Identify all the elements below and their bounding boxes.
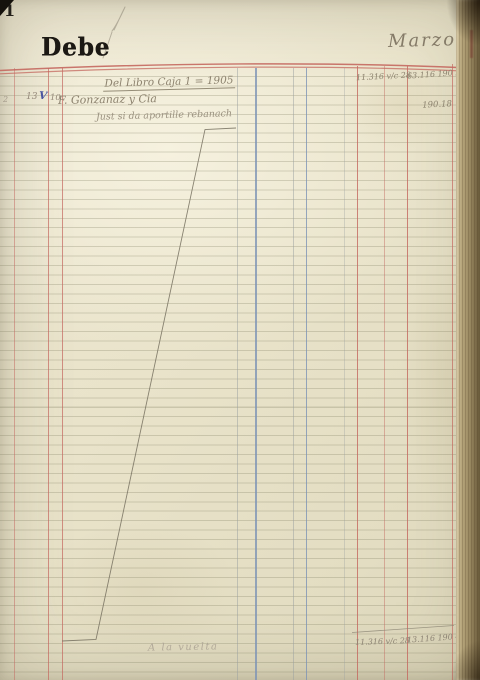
column-line-red-right xyxy=(452,64,453,680)
column-line-red-date2 xyxy=(62,68,63,680)
total-debit: 11.316 v/c 28 xyxy=(355,636,406,647)
book-edge-corner-top xyxy=(446,0,480,46)
column-line-blue-1 xyxy=(255,68,257,680)
ledger-page: 1 Debe Marzo. Del Libro Caja 1 = 1905 2 … xyxy=(0,0,480,680)
column-line-red-margin xyxy=(14,68,15,680)
column-line-red-amount1 xyxy=(357,66,358,680)
column-line-red-date1 xyxy=(48,68,49,680)
column-line-gray-1 xyxy=(237,68,238,680)
margin-check-mark: V xyxy=(39,90,48,103)
column-line-red-amount2 xyxy=(407,66,408,680)
column-line-blue-2 xyxy=(306,68,308,680)
book-edge-corner-bottom xyxy=(450,640,480,680)
book-edge xyxy=(456,0,480,680)
column-line-red-cents1 xyxy=(384,66,385,680)
margin-mark-folio: 2 xyxy=(3,95,8,104)
column-line-gray-3 xyxy=(344,68,345,680)
section-title-debe: Debe xyxy=(41,33,110,62)
footer-note-a-la-vuelta: A la vuelta xyxy=(148,641,219,653)
header-rule-top xyxy=(0,64,458,71)
margin-mark-day: 13 xyxy=(26,92,37,102)
column-line-gray-2 xyxy=(293,68,294,680)
amount-row2-balance: 190.18 xyxy=(420,99,452,111)
horizontal-ruling xyxy=(0,76,456,680)
entry-line-2: F. Gonzanaz y Cia xyxy=(58,92,157,107)
